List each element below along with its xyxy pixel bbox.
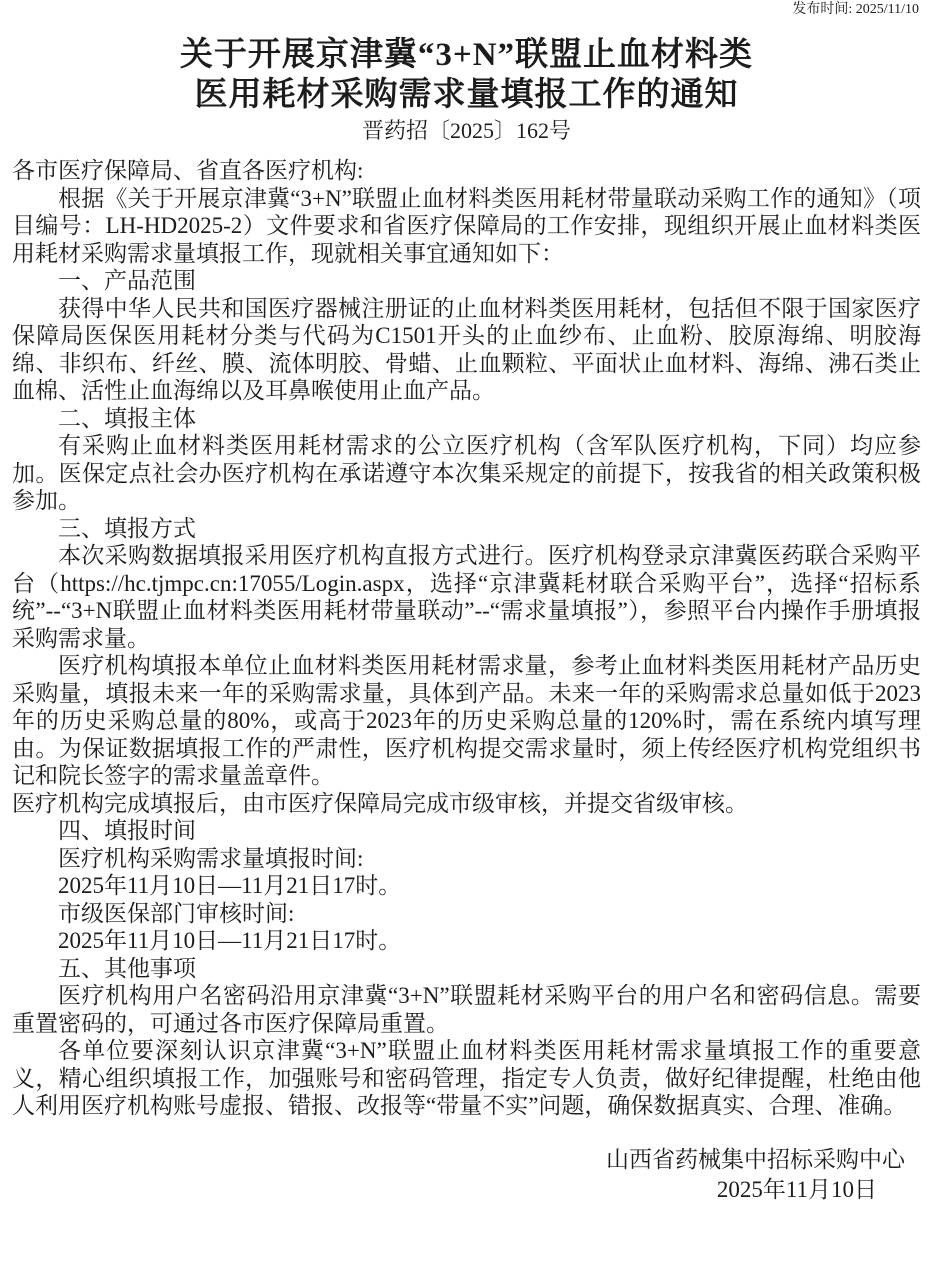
document-title-line1: 关于开展京津冀“3+N”联盟止血材料类 bbox=[12, 35, 921, 75]
body-paragraph: 2025年11月10日—11月21日17时。 bbox=[12, 927, 921, 955]
body-paragraph: 医疗机构填报本单位止血材料类医用耗材需求量，参考止血材料类医用耗材产品历史采购量… bbox=[12, 652, 921, 790]
document-body: 各市医疗保障局、省直各医疗机构:根据《关于开展京津冀“3+N”联盟止血材料类医用… bbox=[12, 157, 921, 1120]
publish-time: 发布时间: 2025/11/10 bbox=[12, 0, 921, 18]
signature-block: 山西省药械集中招标采购中心 2025年11月10日 bbox=[12, 1145, 921, 1205]
notice-document-page: 发布时间: 2025/11/10 关于开展京津冀“3+N”联盟止血材料类 医用耗… bbox=[0, 0, 930, 1270]
section-heading: 五、其他事项 bbox=[12, 955, 921, 983]
body-paragraph: 医疗机构采购需求量填报时间: bbox=[12, 845, 921, 873]
document-title-line2: 医用耗材采购需求量填报工作的通知 bbox=[12, 75, 921, 115]
body-paragraph: 2025年11月10日—11月21日17时。 bbox=[12, 872, 921, 900]
body-paragraph: 医疗机构完成填报后，由市医疗保障局完成市级审核，并提交省级审核。 bbox=[12, 790, 921, 818]
body-paragraph: 医疗机构用户名密码沿用京津冀“3+N”联盟耗材采购平台的用户名和密码信息。需要重… bbox=[12, 982, 921, 1037]
body-paragraph: 有采购止血材料类医用耗材需求的公立医疗机构（含军队医疗机构，下同）均应参加。医保… bbox=[12, 432, 921, 515]
issuing-organization: 山西省药械集中招标采购中心 bbox=[12, 1145, 921, 1175]
section-heading: 三、填报方式 bbox=[12, 515, 921, 543]
document-number: 晋药招〔2025〕162号 bbox=[12, 118, 921, 144]
salutation: 各市医疗保障局、省直各医疗机构: bbox=[12, 157, 921, 185]
section-heading: 二、填报主体 bbox=[12, 405, 921, 433]
body-paragraph: 本次采购数据填报采用医疗机构直报方式进行。医疗机构登录京津冀医药联合采购平台（h… bbox=[12, 542, 921, 652]
body-paragraph: 各单位要深刻认识京津冀“3+N”联盟止血材料类医用耗材需求量填报工作的重要意义，… bbox=[12, 1037, 921, 1120]
body-paragraph: 获得中华人民共和国医疗器械注册证的止血材料类医用耗材，包括但不限于国家医疗保障局… bbox=[12, 295, 921, 405]
section-heading: 一、产品范围 bbox=[12, 267, 921, 295]
section-heading: 四、填报时间 bbox=[12, 817, 921, 845]
body-paragraph: 市级医保部门审核时间: bbox=[12, 900, 921, 928]
body-paragraph: 根据《关于开展京津冀“3+N”联盟止血材料类医用耗材带量联动采购工作的通知》（项… bbox=[12, 185, 921, 268]
document-title: 关于开展京津冀“3+N”联盟止血材料类 医用耗材采购需求量填报工作的通知 bbox=[12, 35, 921, 115]
issue-date: 2025年11月10日 bbox=[12, 1175, 921, 1205]
